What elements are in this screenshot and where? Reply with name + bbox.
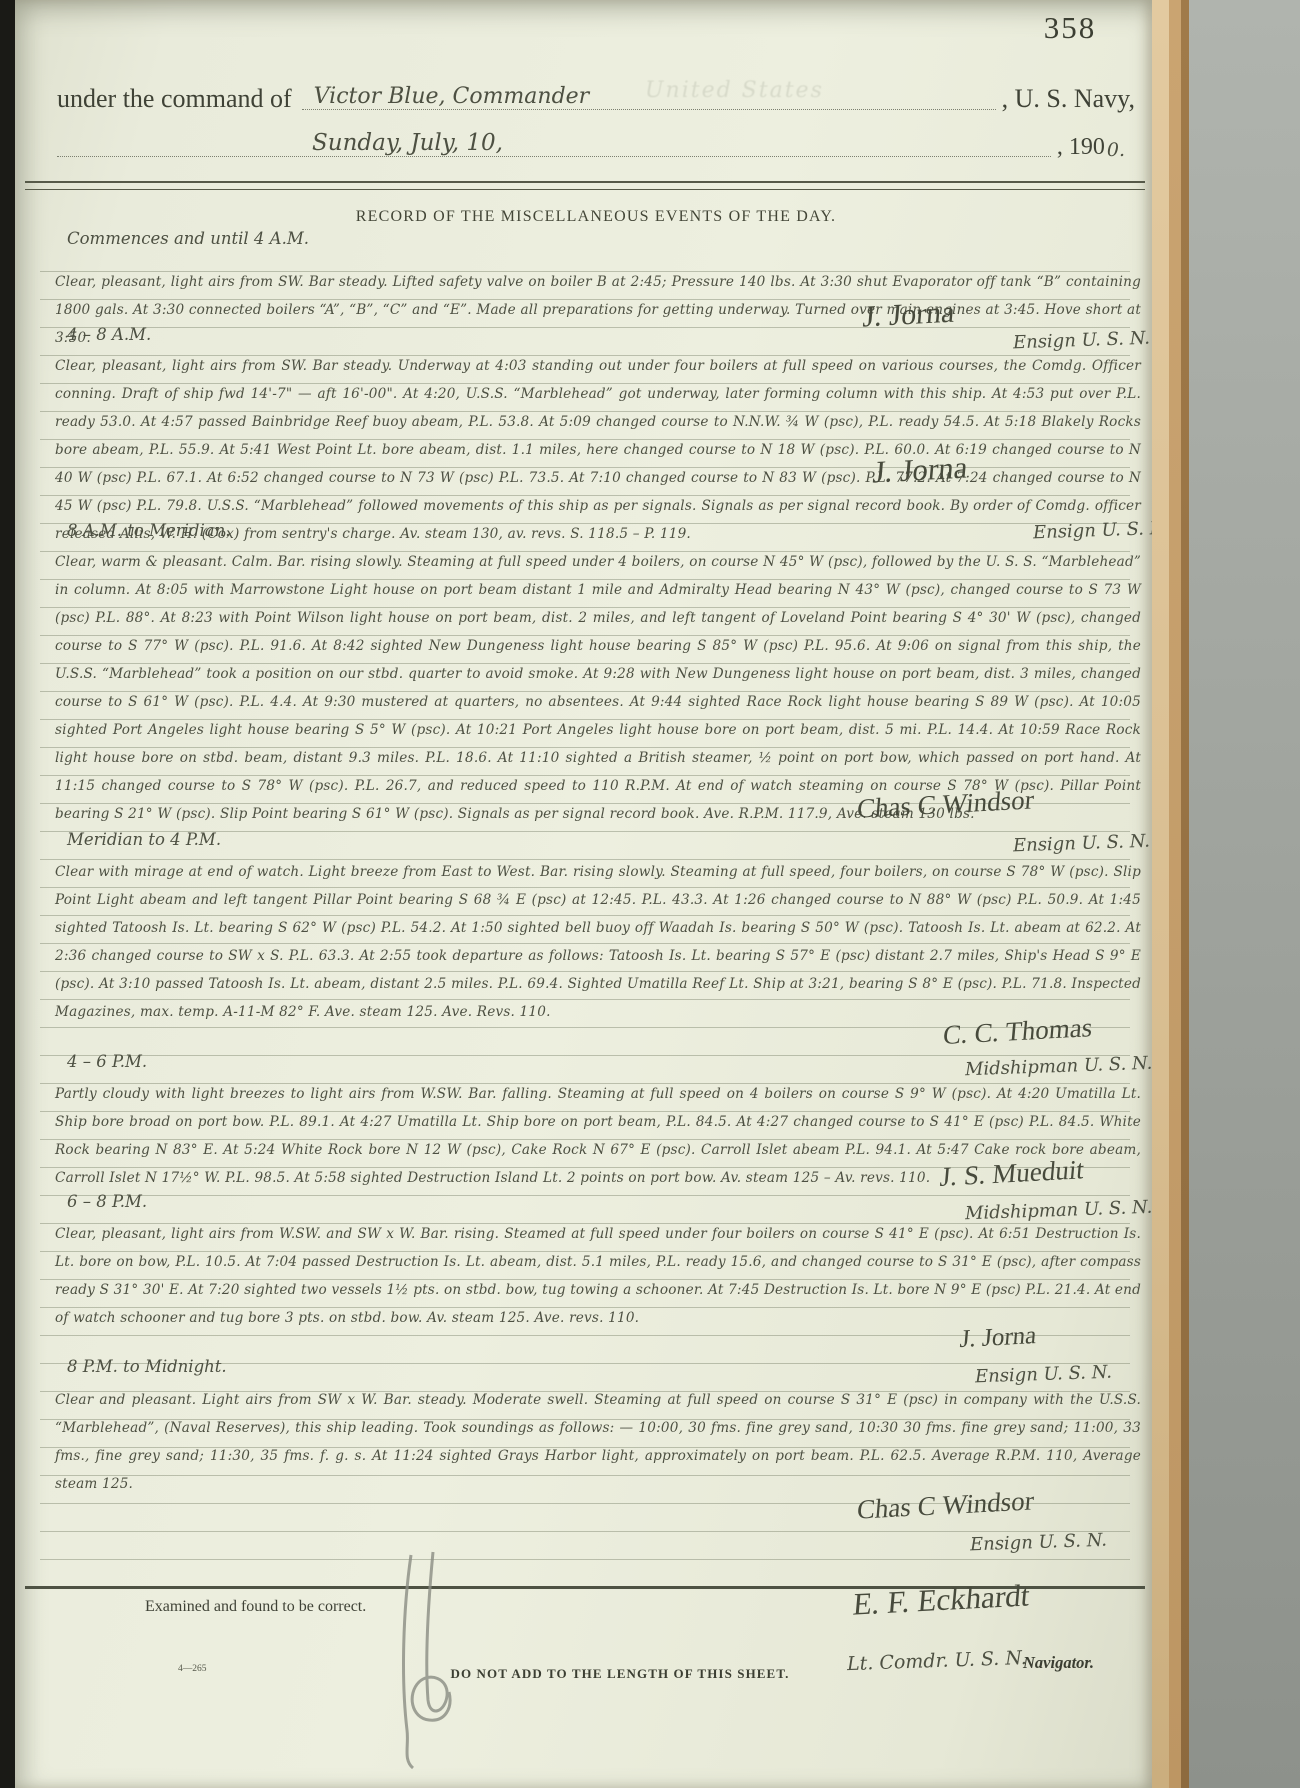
navigator-rank-printed: Navigator. [1023,1653,1094,1673]
navigator-rank-handwritten: Lt. Comdr. U. S. N. [847,1647,1027,1675]
section-4-label: Meridian to 4 P.M. [67,830,221,849]
year-handwritten: 0. [1105,139,1135,161]
date-line: Sunday, July, 10, , 190 0. [57,130,1135,161]
date-handwritten: Sunday, July, 10, [57,130,503,156]
logbook-page: 358 United States under the command of V… [15,0,1152,1788]
command-line-blank: Victor Blue, Commander [302,84,996,110]
record-title: RECORD OF THE MISCELLANEOUS EVENTS OF TH… [57,208,1135,226]
command-line-printed-prefix: under the command of [57,84,292,114]
section-7-label: 8 P.M. to Midnight. [67,1357,227,1376]
book-page-edge-dark [1181,0,1189,1788]
do-not-add-notice: DO NOT ADD TO THE LENGTH OF THIS SHEET. [420,1666,820,1682]
section-2-signature: J. Jorna [871,449,969,490]
header-divider-rule [25,181,1145,190]
section-6-signature: J. Jorna [959,1322,1038,1354]
section-5-label: 4 – 6 P.M. [67,1052,147,1071]
form-number: 4—265 [178,1664,207,1674]
left-gutter-shadow [0,0,15,1788]
section-4-body: Clear with mirage at end of watch. Light… [55,858,1141,1026]
book-page-edge-light [1152,0,1169,1788]
examined-statement: Examined and found to be correct. [145,1598,366,1616]
logbook-photo: 358 United States under the command of V… [0,0,1300,1788]
book-page-edge-mid [1169,0,1181,1788]
section-2-rank: Ensign U. S. N. [1033,518,1171,544]
section-1-body: Clear, pleasant, light airs from SW. Bar… [55,268,1141,352]
section-3-body: Clear, warm & pleasant. Calm. Bar. risin… [55,548,1141,828]
date-line-blank: Sunday, July, 10, [57,130,1051,157]
commander-name-handwritten: Victor Blue, Commander [302,84,590,109]
page-number: 358 [1000,10,1140,46]
section-7-body: Clear and pleasant. Light airs from SW x… [55,1386,1141,1498]
section-6-body: Clear, pleasant, light airs from W.SW. a… [55,1220,1141,1332]
section-1-signature: J. Jorna [862,295,957,334]
command-line-printed-suffix: , U. S. Navy, [1002,84,1135,114]
section-3-label: 8 A.M. to Meridian. [67,521,230,540]
printed-year: , 190 [1057,134,1105,161]
section-2-body: Clear, pleasant, light airs from SW. Bar… [55,352,1141,548]
section-6-label: 6 – 8 P.M. [67,1192,147,1211]
command-line: under the command of Victor Blue, Comman… [57,84,1135,114]
section-2-label: 4 – 8 A.M. [67,325,151,344]
pencil-scribble [373,1550,473,1775]
section-1-label: Commences and until 4 A.M. [67,229,309,248]
